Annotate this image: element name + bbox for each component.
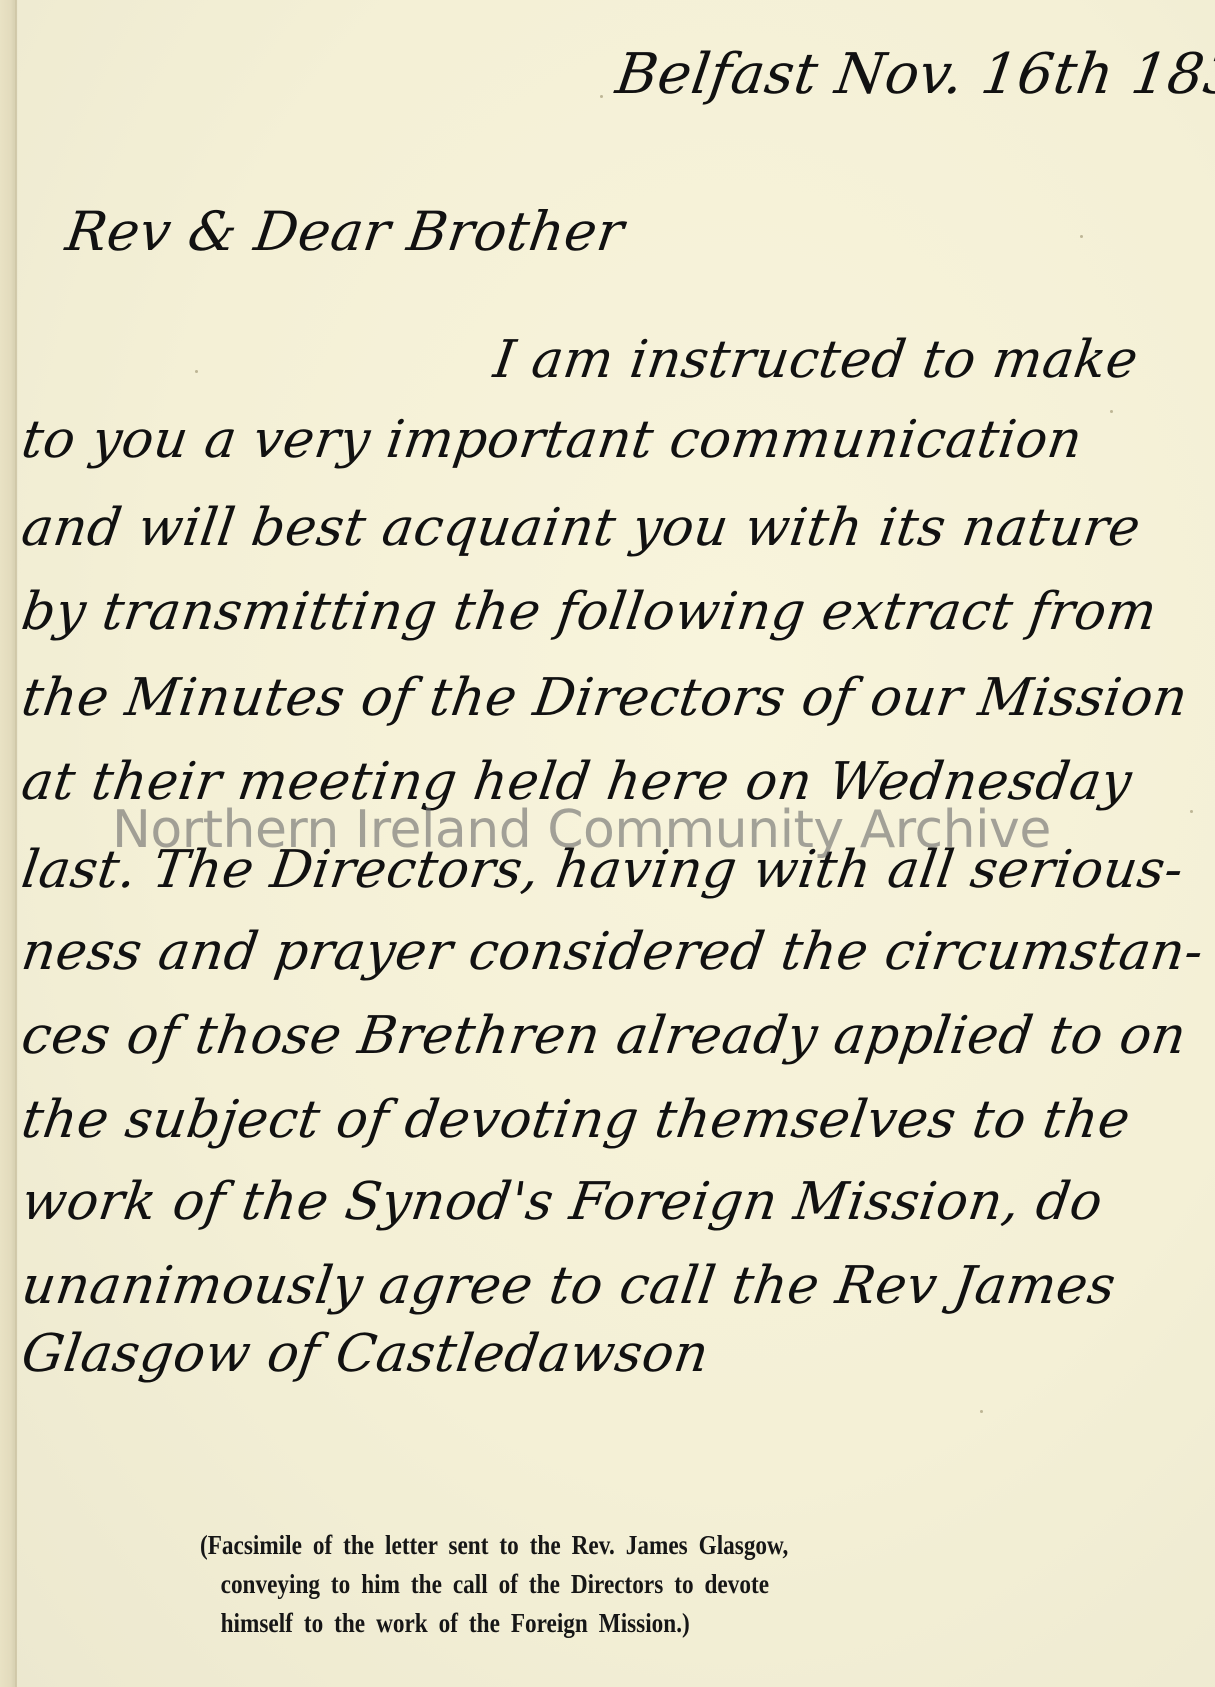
letter-line: I am instructed to make [490, 330, 1142, 390]
scanned-letter-page: Belfast Nov. 16th 1838 Rev & Dear Brothe… [0, 0, 1215, 1687]
letter-line: Glasgow of Castledawson [18, 1324, 713, 1384]
facsimile-caption: (Facsimile of the letter sent to the Rev… [200, 1526, 974, 1643]
caption-line: himself to the work of the Foreign Missi… [200, 1604, 974, 1643]
paper-speck [980, 1410, 983, 1413]
paper-speck [1110, 410, 1113, 413]
letter-line: work of the Synod's Foreign Mission, do [18, 1172, 1106, 1232]
caption-line: (Facsimile of the letter sent to the Rev… [200, 1526, 974, 1565]
letter-line: the Minutes of the Directors of our Miss… [18, 668, 1191, 728]
page-binding-fold-line [15, 0, 17, 1687]
letter-line: by transmitting the following extract fr… [18, 582, 1161, 642]
letter-line: last. The Directors, having with all ser… [18, 840, 1187, 900]
letter-line: to you a very important communication [18, 410, 1086, 470]
letter-line: unanimously agree to call the Rev James [18, 1256, 1119, 1316]
letter-line: the subject of devoting themselves to th… [18, 1090, 1134, 1150]
letter-dateline: Belfast Nov. 16th 1838 [612, 42, 1215, 107]
caption-line: conveying to him the call of the Directo… [200, 1565, 974, 1604]
paper-speck [1190, 810, 1193, 813]
letter-salutation: Rev & Dear Brother [62, 200, 628, 263]
letter-line: ces of those Brethren already applied to… [18, 1006, 1190, 1066]
letter-line: ness and prayer considered the circumsta… [18, 922, 1207, 982]
letter-line: and will best acquaint you with its natu… [18, 498, 1144, 558]
paper-speck [195, 370, 198, 373]
paper-speck [1080, 235, 1083, 238]
letter-line: at their meeting held here on Wednesday [18, 752, 1136, 812]
paper-speck [600, 95, 603, 98]
